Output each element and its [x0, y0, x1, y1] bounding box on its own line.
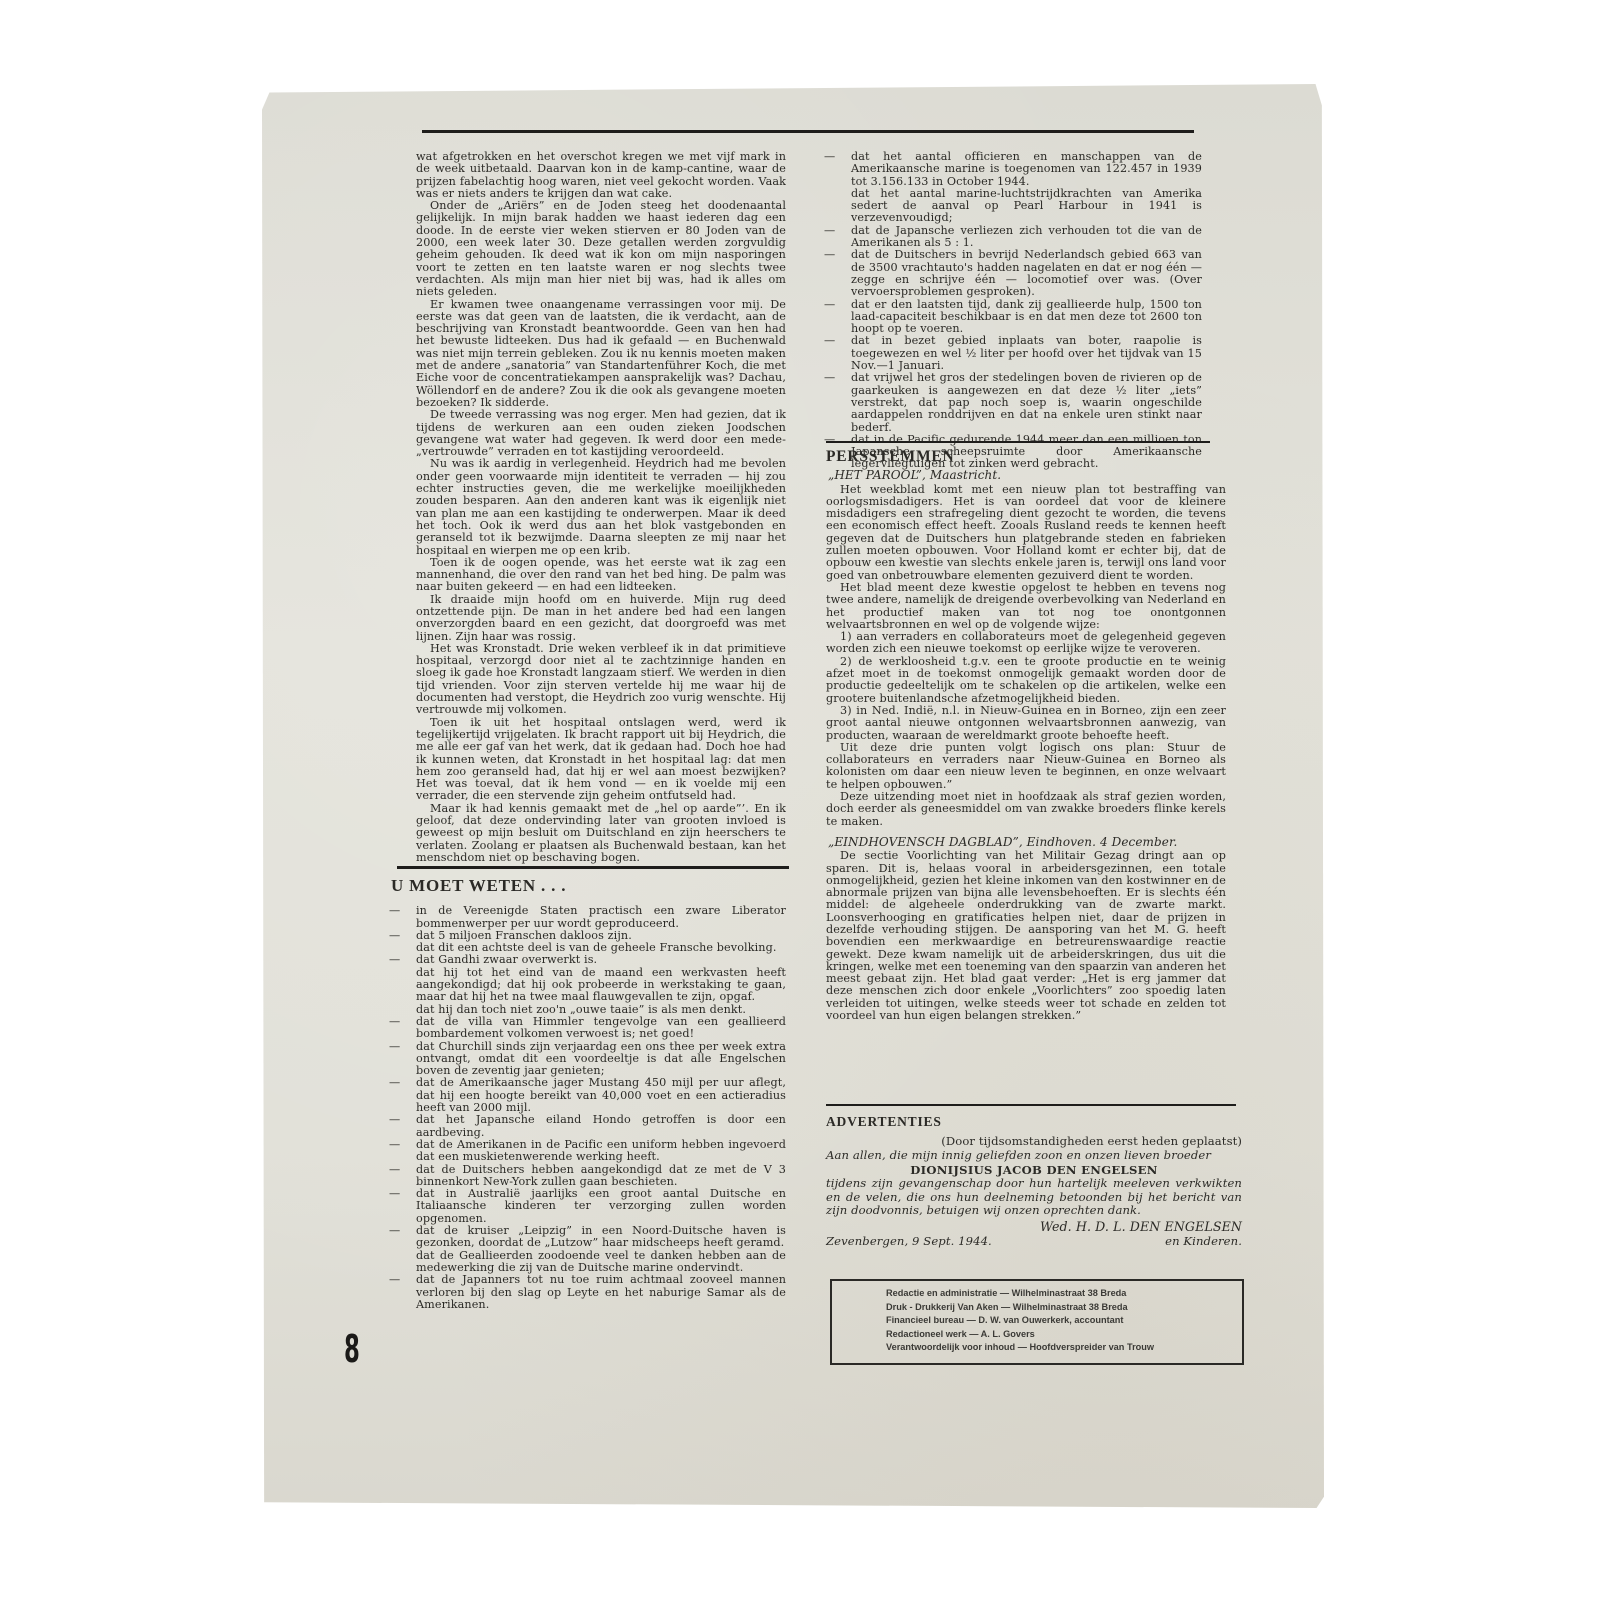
list-item-text: dat in Australië jaarlijks een groot aan… — [416, 1188, 786, 1225]
list-item-text: dat Gandhi zwaar overwerkt is. — [416, 954, 786, 966]
dash-bullet: — — [824, 335, 835, 347]
press-paragraph: 2) de werkloosheid t.g.v. een te groote … — [826, 656, 1226, 705]
list-item-text: dat er den laatsten tijd, dank zij geall… — [851, 299, 1202, 336]
press-paragraph: 3) in Ned. Indië, n.l. in Nieuw-Guinea e… — [826, 705, 1226, 742]
press-paragraph: De sectie Voorlichting van het Militair … — [826, 850, 1226, 1022]
article-paragraph: Onder de „Ariërs” en de Joden steeg het … — [416, 200, 786, 298]
article-paragraph: Nu was ik aardig in verlegenheid. Heydri… — [416, 458, 786, 556]
list-item: —dat Churchill sinds zijn verjaardag een… — [389, 1041, 786, 1078]
press-source-name: „HET PAROOL”, Maastricht. — [828, 469, 1226, 481]
list-item: —in de Vereenigde Staten practisch een z… — [389, 905, 786, 930]
section-rule — [826, 1104, 1236, 1106]
list-item-text: dat de Duitschers hebben aangekondigd da… — [416, 1164, 786, 1189]
list-item-text: dat het aantal marine-luchtstrijdkrachte… — [851, 188, 1202, 225]
article-paragraph: Er kwamen twee onaangename verrassingen … — [416, 299, 786, 410]
list-item-text: dat de villa van Himmler tengevolge van … — [416, 1016, 786, 1041]
list-item-text: dat Churchill sinds zijn verjaardag een … — [416, 1041, 786, 1078]
list-item-text: dat de kruiser „Leipzig” in een Noord-Du… — [416, 1225, 786, 1250]
list-item: —dat de Amerikanen in de Pacific een uni… — [389, 1139, 786, 1164]
article-paragraph: Toen ik de oogen opende, was het eerste … — [416, 557, 786, 594]
u-moet-weten-section: U MOET WETEN . . . —in de Vereenigde Sta… — [389, 880, 786, 1311]
dash-bullet: — — [389, 1016, 400, 1028]
article-paragraph: Toen ik uit het hospitaal ontslagen werd… — [416, 717, 786, 803]
colophon-line: Redactie en administratie — Wilhelminast… — [886, 1287, 1242, 1301]
press-paragraph: Uit deze drie punten volgt logisch ons p… — [826, 742, 1226, 791]
dash-bullet: — — [824, 249, 835, 261]
facts-list-section: —dat het aantal officieren en manschappe… — [824, 151, 1202, 471]
colophon-box: Redactie en administratie — Wilhelminast… — [830, 1279, 1244, 1365]
article-paragraph: De tweede verrassing was nog erger. Men … — [416, 409, 786, 458]
section-title-persstemmen: PERSSTEMMEN — [826, 451, 1226, 463]
article-paragraph: Het was Kronstadt. Drie weken verbleef i… — [416, 643, 786, 717]
colophon-line: Verantwoordelijk voor inhoud — Hoofdvers… — [886, 1341, 1242, 1355]
facts-list: —dat het aantal officieren en manschappe… — [824, 151, 1202, 471]
list-item: dat de Geallieerden zoodoende veel te da… — [389, 1250, 786, 1275]
list-item-text: dat het aantal officieren en manschappen… — [851, 151, 1202, 188]
list-item-text: dat hij tot het eind van de maand een we… — [416, 967, 786, 1004]
list-item: —dat de kruiser „Leipzig” in een Noord-D… — [389, 1225, 786, 1250]
persstemmen-section: PERSSTEMMEN „HET PAROOL”, Maastricht.Het… — [826, 451, 1226, 1022]
dash-bullet: — — [824, 299, 835, 311]
list-item: —dat Gandhi zwaar overwerkt is. — [389, 954, 786, 966]
top-rule — [422, 130, 1194, 133]
ad-deceased-name: DIONIJSIUS JACOB DEN ENGELSEN — [826, 1163, 1242, 1178]
press-paragraph: Deze uitzending moet niet in hoofdzaak a… — [826, 791, 1226, 828]
list-item: —dat het Japansche eiland Hondo getroffe… — [389, 1114, 786, 1139]
list-item-text: dat in bezet gebied inplaats van boter, … — [851, 335, 1202, 372]
u-moet-weten-list: —in de Vereenigde Staten practisch een z… — [389, 905, 786, 1311]
page-number: 8 — [344, 1327, 360, 1371]
article-paragraph: wat afgetrokken en het overschot kregen … — [416, 151, 786, 200]
list-item: —dat er den laatsten tijd, dank zij geal… — [824, 299, 1202, 336]
dash-bullet: — — [389, 1041, 400, 1053]
list-item: dat hij tot het eind van de maand een we… — [389, 967, 786, 1004]
ad-footer-line: Zevenbergen, 9 Sept. 1944. en Kinderen. — [826, 1234, 1242, 1249]
list-item: dat het aantal marine-luchtstrijdkrachte… — [824, 188, 1202, 225]
list-item: —dat de Amerikaansche jager Mustang 450 … — [389, 1077, 786, 1114]
list-item-text: dat de Geallieerden zoodoende veel te da… — [416, 1250, 786, 1275]
dash-bullet: — — [389, 905, 400, 917]
list-item: —dat in bezet gebied inplaats van boter,… — [824, 335, 1202, 372]
list-item: —dat in Australië jaarlijks een groot aa… — [389, 1188, 786, 1225]
ad-notice: (Door tijdsomstandigheden eerst heden ge… — [826, 1134, 1242, 1149]
article-continuation: wat afgetrokken en het overschot kregen … — [416, 151, 786, 864]
article-paragraph: Ik draaide mijn hoofd om en huiverde. Mi… — [416, 594, 786, 643]
colophon-line: Druk - Drukkerij Van Aken — Wilhelminast… — [886, 1301, 1242, 1315]
advertenties-section: ADVERTENTIES (Door tijdsomstandigheden e… — [826, 1115, 1242, 1249]
dash-bullet: — — [389, 1225, 400, 1237]
dash-bullet: — — [389, 1164, 400, 1176]
press-source-name: „EINDHOVENSCH DAGBLAD”, Eindhoven. 4 Dec… — [828, 836, 1226, 848]
dash-bullet: — — [389, 1077, 400, 1089]
list-item: —dat vrijwel het gros der stedelingen bo… — [824, 372, 1202, 433]
dash-bullet: — — [389, 954, 400, 966]
list-item-text: dat de Amerikanen in de Pacific een unif… — [416, 1139, 786, 1164]
ad-signature-suffix: en Kinderen. — [1165, 1234, 1242, 1249]
press-paragraph: Het blad meent deze kwestie opgelost te … — [826, 582, 1226, 631]
dash-bullet: — — [389, 1114, 400, 1126]
list-item-text: in de Vereenigde Staten practisch een zw… — [416, 905, 786, 930]
ad-body: tijdens zijn gevangenschap door hun hart… — [826, 1177, 1242, 1218]
list-item: —dat de Duitschers hebben aangekondigd d… — [389, 1164, 786, 1189]
list-item-text: dat de Japansche verliezen zich verhoude… — [851, 225, 1202, 250]
press-sources: „HET PAROOL”, Maastricht.Het weekblad ko… — [826, 469, 1226, 1022]
list-item-text: dat het Japansche eiland Hondo getroffen… — [416, 1114, 786, 1139]
dash-bullet: — — [824, 225, 835, 237]
ad-intro: Aan allen, die mijn innig geliefden zoon… — [826, 1148, 1242, 1163]
list-item: —dat de villa van Himmler tengevolge van… — [389, 1016, 786, 1041]
dash-bullet: — — [389, 1139, 400, 1151]
dash-bullet: — — [824, 372, 835, 384]
dash-bullet: — — [389, 1188, 400, 1200]
ad-signature: Wed. H. D. L. DEN ENGELSEN — [826, 1220, 1242, 1235]
list-item: —dat het aantal officieren en manschappe… — [824, 151, 1202, 188]
colophon-line: Redactioneel werk — A. L. Govers — [886, 1328, 1242, 1342]
dash-bullet: — — [824, 151, 835, 163]
list-item-text: dat de Duitschers in bevrijd Nederlandsc… — [851, 249, 1202, 298]
list-item: —dat de Japansche verliezen zich verhoud… — [824, 225, 1202, 250]
dash-bullet: — — [389, 1274, 400, 1286]
section-rule — [397, 866, 789, 869]
section-title-u-moet-weten: U MOET WETEN . . . — [391, 880, 786, 892]
dash-bullet: — — [824, 434, 835, 446]
colophon-line: Financieel bureau — D. W. van Ouwerkerk,… — [886, 1314, 1242, 1328]
section-title-advertenties: ADVERTENTIES — [826, 1115, 1242, 1130]
list-item-text: dat de Japanners tot nu toe ruim achtmaa… — [416, 1274, 786, 1311]
article-paragraph: Maar ik had kennis gemaakt met de „hel o… — [416, 803, 786, 864]
dash-bullet: — — [389, 930, 400, 942]
list-item-text: dat de Amerikaansche jager Mustang 450 m… — [416, 1077, 786, 1114]
list-item: —dat de Duitschers in bevrijd Nederlands… — [824, 249, 1202, 298]
list-item: —dat de Japanners tot nu toe ruim achtma… — [389, 1274, 786, 1311]
list-item-text: dat vrijwel het gros der stedelingen bov… — [851, 372, 1202, 433]
ad-place-date: Zevenbergen, 9 Sept. 1944. — [826, 1234, 992, 1249]
press-paragraph: Het weekblad komt met een nieuw plan tot… — [826, 484, 1226, 582]
section-rule — [826, 441, 1210, 443]
press-paragraph: 1) aan verraders en collaborateurs moet … — [826, 631, 1226, 656]
